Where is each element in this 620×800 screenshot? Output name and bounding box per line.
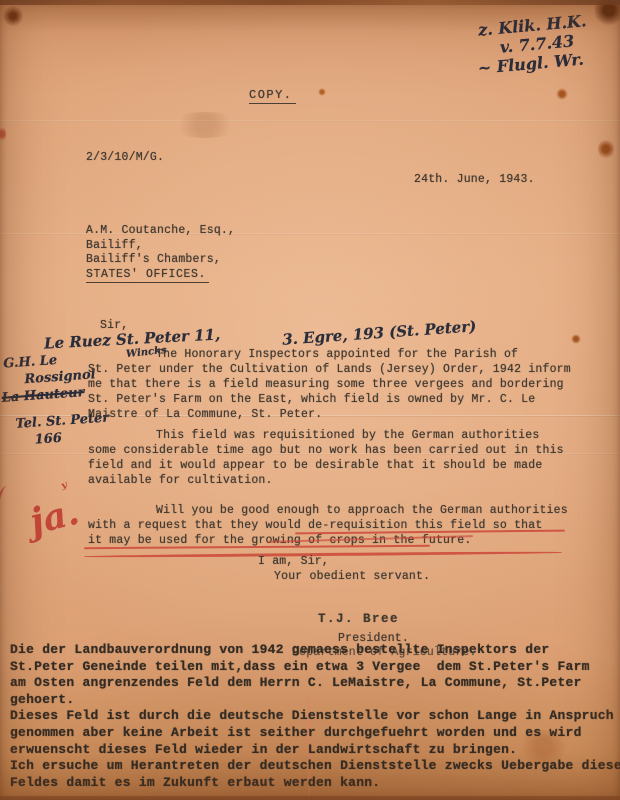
paragraph-line: some considerable time ago but no work h… bbox=[88, 443, 564, 458]
german-line: erwuenscht dieses Feld wieder in der Lan… bbox=[10, 742, 620, 759]
paragraph-line: available for cultivation. bbox=[88, 473, 564, 488]
paragraph-line: me that there is a field measuring some … bbox=[88, 377, 571, 392]
german-line: Dieses Feld ist durch die deutsche Diens… bbox=[10, 708, 620, 725]
signature-name: T.J. Bree bbox=[318, 612, 399, 626]
german-line: genommen aber keine Arbeit ist seither d… bbox=[10, 725, 620, 742]
copy-heading: COPY. bbox=[249, 88, 296, 104]
reference-number: 2/3/10/M/G. bbox=[86, 150, 164, 165]
paragraph-line: St. Peter under the Cultivation of Lands… bbox=[88, 362, 571, 377]
paper-bottom-edge bbox=[0, 796, 620, 800]
german-translation: Die der Landbauverordnung von 1942 gemae… bbox=[10, 642, 620, 791]
german-line: Die der Landbauverordnung von 1942 gemae… bbox=[10, 642, 620, 659]
stain bbox=[3, 5, 23, 27]
scanned-letter-page: COPY. 2/3/10/M/G. 24th. June, 1943. A.M.… bbox=[0, 0, 620, 800]
german-line: St.Peter Geneinde teilen mit,dass ein et… bbox=[10, 659, 620, 676]
stain bbox=[0, 126, 6, 142]
german-line: Ich ersuche um Herantreten der deutschen… bbox=[10, 758, 620, 775]
recipient-line: A.M. Coutanche, Esq., bbox=[86, 224, 235, 239]
paragraph-line: This field was requisitioned by the Germ… bbox=[156, 428, 564, 443]
red-ja-annotation: ja. bbox=[26, 491, 84, 544]
stain bbox=[170, 112, 240, 138]
paragraph-line: Maistre of La Commune, St. Peter. bbox=[88, 407, 571, 422]
paragraph-line: field and it would appear to be desirabl… bbox=[88, 458, 564, 473]
recipient-office-text: STATES' OFFICES. bbox=[86, 268, 209, 283]
annotation-egre: 3. Egre, 193 (St. Peter) bbox=[282, 317, 477, 349]
closing-line-1: I am, Sir, bbox=[258, 554, 329, 569]
closing-line-2: Your obedient servant. bbox=[274, 569, 430, 584]
body-paragraph-3: Will you be good enough to approach the … bbox=[88, 503, 568, 548]
paragraph-line: The Honorary Inspectors appointed for th… bbox=[156, 347, 571, 362]
recipient-line: Bailiff's Chambers, bbox=[86, 253, 235, 268]
body-paragraph-1: The Honorary Inspectors appointed for th… bbox=[88, 347, 571, 422]
handwriting-top-right: z. Klik. H.K.v. 7.7.43~ Flugl. Wr. bbox=[473, 11, 590, 78]
stain bbox=[598, 138, 614, 160]
german-line: gehoert. bbox=[10, 692, 620, 709]
red-margin-bracket bbox=[0, 485, 16, 527]
recipient-block: A.M. Coutanche, Esq.,Bailiff,Bailiff's C… bbox=[86, 224, 235, 268]
paragraph-line: with a request that they would de-requis… bbox=[88, 518, 568, 533]
german-line: Feldes damit es im Zukunft erbaut werden… bbox=[10, 775, 620, 792]
body-paragraph-2: This field was requisitioned by the Germ… bbox=[88, 428, 564, 488]
copy-heading-text: COPY. bbox=[249, 88, 296, 104]
stain bbox=[318, 88, 326, 96]
paragraph-line: St. Peter's Farm on the East, which fiel… bbox=[88, 392, 571, 407]
stain bbox=[556, 88, 568, 100]
recipient-office: STATES' OFFICES. bbox=[86, 268, 209, 283]
paragraph-line: Will you be good enough to approach the … bbox=[156, 503, 568, 518]
recipient-line: Bailiff, bbox=[86, 239, 235, 254]
paper-top-edge bbox=[0, 0, 620, 5]
letter-date: 24th. June, 1943. bbox=[414, 172, 535, 187]
fold-crease bbox=[0, 120, 620, 122]
german-line: am Osten angrenzendes Feld dem Herrn C. … bbox=[10, 675, 620, 692]
stain bbox=[571, 334, 581, 344]
paragraph-line: it may be used for the growing of crops … bbox=[88, 533, 568, 548]
